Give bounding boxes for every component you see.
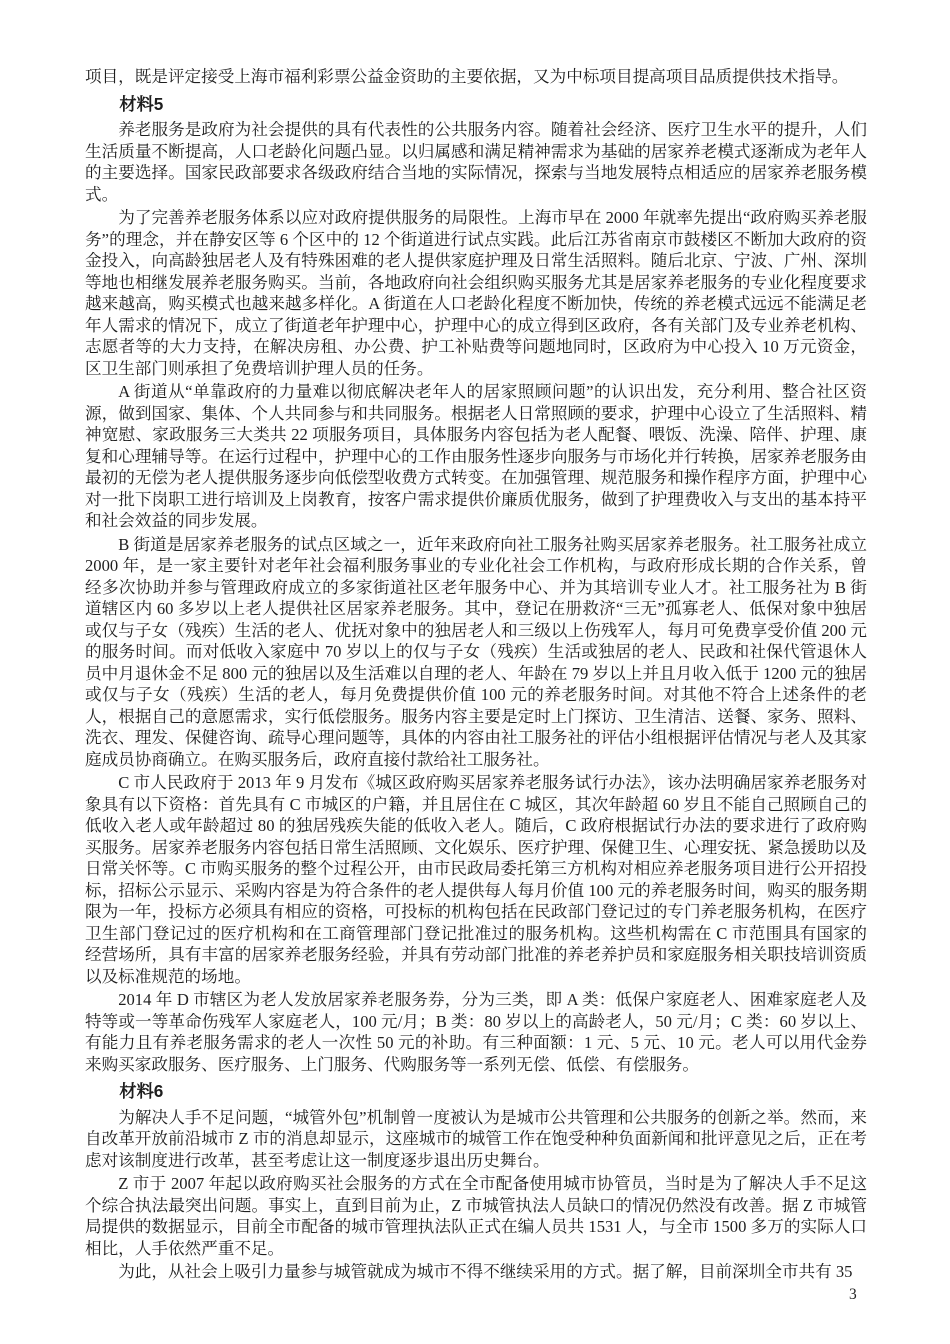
page-number: 3 <box>849 1286 857 1304</box>
material-5-paragraph-4: B 街道是居家养老服务的试点区域之一，近年来政府向社工服务社购买居家养老服务。社… <box>85 534 867 771</box>
material-5-heading: 材料5 <box>85 94 867 116</box>
material-6-paragraph-2: Z 市于 2007 年起以政府购买社会服务的方式在全市配备使用城市协管员，当时是… <box>85 1173 867 1259</box>
material-5-paragraph-3: A 街道从“单靠政府的力量难以彻底解决老年人的居家照顾问题”的认识出发，充分利用… <box>85 381 867 532</box>
material-6-heading: 材料6 <box>85 1081 867 1103</box>
material-6-paragraph-1: 为解决人手不足问题，“城管外包”机制曾一度被认为是城市公共管理和公共服务的创新之… <box>85 1107 867 1172</box>
material-5-paragraph-2: 为了完善养老服务体系以应对政府提供服务的局限性。上海市早在 2000 年就率先提… <box>85 207 867 379</box>
continuation-paragraph: 项目，既是评定接受上海市福利彩票公益金资助的主要依据，又为中标项目提高项目品质提… <box>85 66 867 88</box>
material-5-paragraph-6: 2014 年 D 市辖区为老人发放居家养老服务券，分为三类，即 A 类：低保户家… <box>85 989 867 1075</box>
document-body: 项目，既是评定接受上海市福利彩票公益金资助的主要依据，又为中标项目提高项目品质提… <box>85 66 867 1285</box>
material-5-paragraph-1: 养老服务是政府为社会提供的具有代表性的公共服务内容。随着社会经济、医疗卫生水平的… <box>85 119 867 205</box>
material-5-paragraph-5: C 市人民政府于 2013 年 9 月发布《城区政府购买居家养老服务试行办法》，… <box>85 772 867 987</box>
material-6-paragraph-3: 为此，从社会上吸引力量参与城管就成为城市不得不继续采用的方式。据了解，目前深圳全… <box>85 1261 867 1283</box>
